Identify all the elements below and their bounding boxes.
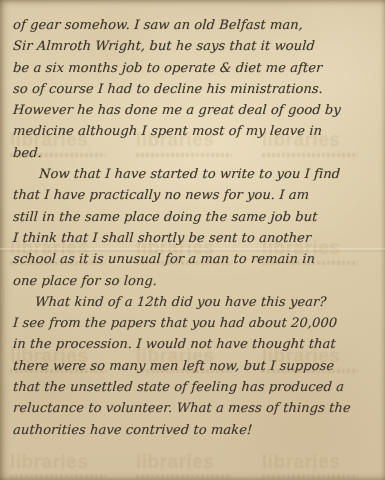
watermark: libraries <box>10 452 120 479</box>
letter-line: one place for so long. <box>12 271 378 292</box>
letter-page: libraries libraries libraries libraries … <box>0 0 385 480</box>
watermark-subline <box>10 475 106 479</box>
letter-line: bed. <box>12 143 378 164</box>
letter-line: Now that I have started to write to you … <box>12 164 378 185</box>
watermark-subline <box>262 475 358 479</box>
letter-line: so of course I had to decline his minist… <box>12 79 378 100</box>
letter-line: reluctance to volunteer. What a mess of … <box>12 398 378 419</box>
letter-line: I think that I shall shortly be sent to … <box>12 228 378 249</box>
letter-line: However he has done me a great deal of g… <box>12 100 378 121</box>
watermark: libraries <box>136 452 246 479</box>
watermark: libraries <box>262 452 372 479</box>
letter-line: I see from the papers that you had about… <box>12 313 378 334</box>
letter-line: of gear somehow. I saw an old Belfast ma… <box>12 15 378 36</box>
letter-line: still in the same place doing the same j… <box>12 207 378 228</box>
letter-line: Sir Almroth Wright, but he says that it … <box>12 36 378 57</box>
letter-line: school as it is unusual for a man to rem… <box>12 249 378 270</box>
letter-line: that the unsettled state of feeling has … <box>12 377 378 398</box>
letter-line: medicine although I spent most of my lea… <box>12 121 378 142</box>
letter-body: of gear somehow. I saw an old Belfast ma… <box>13 15 378 441</box>
letter-line: that I have practically no news for you.… <box>12 185 378 206</box>
letter-line: there were so many men left now, but I s… <box>12 356 378 377</box>
letter-line: What kind of a 12th did you have this ye… <box>12 292 378 313</box>
watermark-subline <box>136 475 232 479</box>
letter-line: be a six months job to operate & diet me… <box>12 58 378 79</box>
letter-line: authorities have contrived to make! <box>12 420 378 441</box>
letter-line: in the procession. I would not have thou… <box>12 334 378 355</box>
